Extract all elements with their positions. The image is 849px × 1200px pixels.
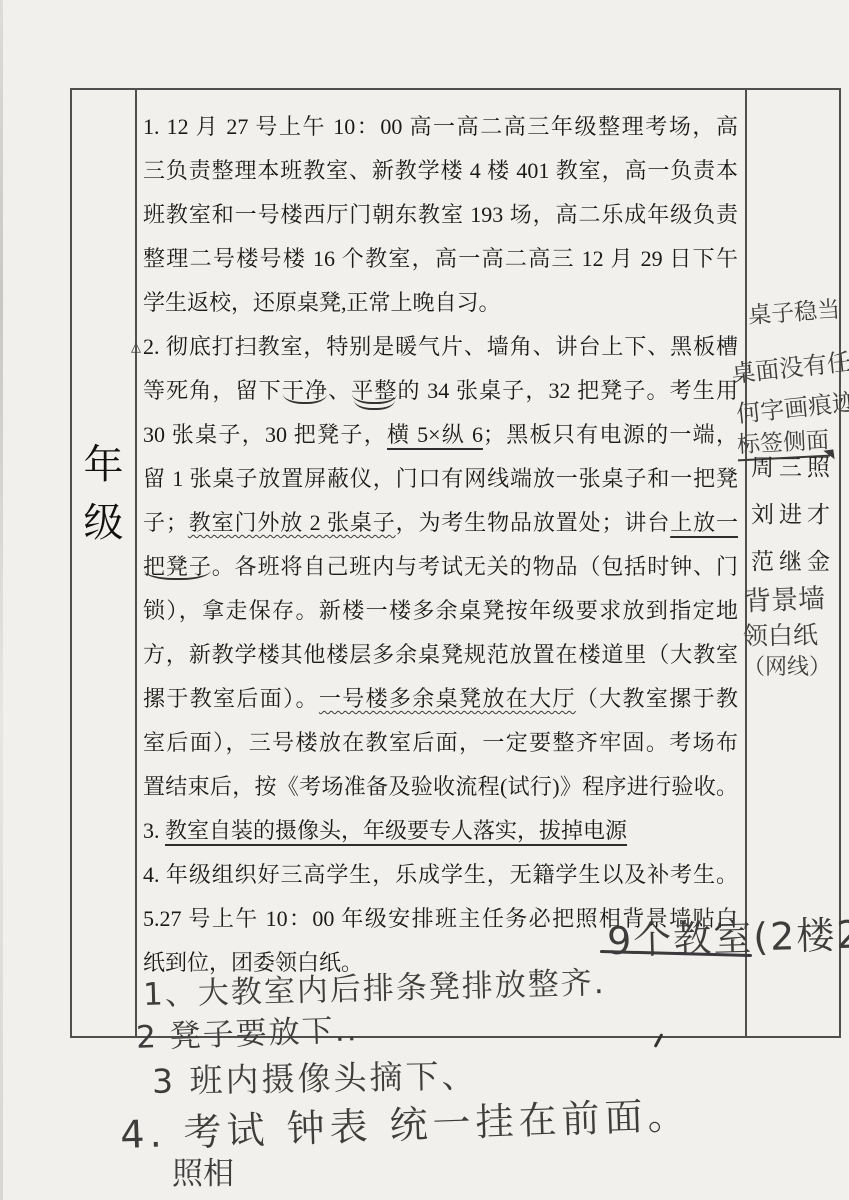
text-segment: 1. 12 月 27 号上午 10：00 高一高二高三年级整理考场，高 — [143, 114, 738, 139]
text-row: 30 张桌子，30 把凳子，横 5×纵 6；黑板只有电源的一端， — [143, 413, 738, 457]
underlined-phrase: 一号楼多余桌凳放在大厅 — [319, 686, 576, 711]
caret-mark: △ — [131, 340, 141, 355]
underlined-phrase: 把凳子 — [143, 554, 212, 579]
text-segment: 班教室和一号楼西厅门朝东教室 193 场，高二乐成年级负责 — [143, 202, 738, 227]
text-row: 把凳子。各班将自己班内与考试无关的物品（包括时钟、门 — [143, 545, 738, 589]
text-segment: ，为考生物品放置处；讲台 — [396, 510, 671, 535]
column-divider-left — [135, 90, 137, 1036]
text-segment: 。各班将自己班内与考试无关的物品（包括时钟、门 — [212, 554, 738, 579]
document-table: 年 级 1. 12 月 27 号上午 10：00 高一高二高三年级整理考场，高三… — [70, 88, 841, 1038]
column-divider-right — [745, 90, 747, 1036]
grade-row-label-char: 级 — [72, 491, 135, 548]
text-row: 整理二号楼号楼 16 个教室，高一高二高三 12 月 29 日下午 — [143, 237, 738, 281]
scanned-document-page: 年 级 1. 12 月 27 号上午 10：00 高一高二高三年级整理考场，高三… — [0, 0, 849, 1200]
text-segment: 30 张桌子，30 把凳子， — [143, 422, 387, 447]
text-segment: 4. 年级组织好三高学生，乐成学生，无籍学生以及补考生。 — [143, 862, 738, 887]
text-segment: 的 34 张桌子，32 把凳子。考生用 — [398, 378, 738, 403]
text-segment: 室后面），三号楼放在教室后面，一定要整齐牢固。考场布 — [143, 730, 738, 755]
text-segment: 摞于教室后面）。 — [143, 686, 319, 711]
name-entry: 刘进才 — [751, 496, 835, 529]
text-segment: 置结束后，按《考场准备及验收流程(试行)》程序进行验收。 — [143, 774, 738, 799]
grade-row-label-char: 年 — [72, 433, 135, 490]
scan-edge-artifact — [0, 0, 3, 1200]
side-note-line: 领白纸 — [743, 615, 819, 652]
bottom-note-line: 2 凳子要放下.. — [135, 1004, 359, 1057]
name-entry: 周三照 — [751, 449, 835, 482]
body-rows: 1. 12 月 27 号上午 10：00 高一高二高三年级整理考场，高三负责整理… — [143, 105, 738, 985]
text-row: 4. 年级组织好三高学生，乐成学生，无籍学生以及补考生。 — [143, 853, 738, 897]
text-row: 子；教室门外放 2 张桌子，为考生物品放置处；讲台上放一 — [143, 501, 738, 545]
underlined-phrase: 横 5×纵 6 — [387, 422, 483, 447]
text-segment: 方，新教学楼其他楼层多余桌凳规范放置在楼道里（大教室 — [143, 642, 738, 667]
text-row: 等死角，留下干净、平整的 34 张桌子，32 把凳子。考生用 — [143, 369, 738, 413]
text-segment: 整理二号楼号楼 16 个教室，高一高二高三 12 月 29 日下午 — [143, 246, 738, 271]
text-segment: 3. — [143, 818, 165, 843]
text-segment: 留 1 张桌子放置屏蔽仪，门口有网线端放一张桌子和一把凳 — [143, 466, 738, 491]
text-row: 室后面），三号楼放在教室后面，一定要整齐牢固。考场布 — [143, 721, 738, 765]
underlined-phrase: 上放一 — [670, 510, 738, 535]
text-segment: 锁），拿走保存。新楼一楼多余桌凳按年级要求放到指定地 — [143, 598, 738, 623]
text-row: 留 1 张桌子放置屏蔽仪，门口有网线端放一张桌子和一把凳 — [143, 457, 738, 501]
name-entry: 范继金 — [751, 543, 835, 576]
text-row: 摞于教室后面）。一号楼多余桌凳放在大厅（大教室摞于教 — [143, 677, 738, 721]
text-segment: 子； — [143, 510, 188, 535]
hand-arrow-mark — [823, 449, 834, 460]
underlined-phrase: 教室自装的摄像头，年级要专人落实，拔掉电源 — [165, 818, 627, 843]
text-segment: 等死角，留下 — [143, 378, 282, 403]
text-segment: 学生返校，还原桌凳,正常上晚自习。 — [143, 290, 501, 315]
underlined-phrase: 平整 — [351, 378, 397, 403]
text-segment: 、 — [328, 378, 351, 403]
underlined-phrase: 干净 — [282, 378, 328, 403]
classrooms-count-paren: (2楼2个) — [753, 911, 849, 959]
text-row: 方，新教学楼其他楼层多余桌凳规范放置在楼道里（大教室 — [143, 633, 738, 677]
text-row: 置结束后，按《考场准备及验收流程(试行)》程序进行验收。 — [143, 765, 738, 809]
text-row: 3. 教室自装的摄像头，年级要专人落实，拔掉电源 — [143, 809, 738, 853]
text-row: 1. 12 月 27 号上午 10：00 高一高二高三年级整理考场，高 — [143, 105, 738, 149]
text-segment: 三负责整理本班教室、新教学楼 4 楼 401 教室，高一负责本 — [143, 158, 738, 183]
side-note-desk-stable: 桌子稳当 — [747, 291, 841, 330]
bottom-note-line: 照相 — [172, 1148, 234, 1193]
text-segment: ；黑板只有电源的一端， — [483, 422, 738, 447]
text-segment: （大教室摞于教 — [576, 686, 738, 711]
side-note-line: （网线） — [743, 650, 831, 681]
text-row: 学生返校，还原桌凳,正常上晚自习。 — [143, 281, 738, 325]
text-row: 2. 彻底打扫教室，特别是暖气片、墙角、讲台上下、黑板槽 — [143, 325, 738, 369]
text-segment: 2. 彻底打扫教室，特别是暖气片、墙角、讲台上下、黑板槽 — [143, 334, 738, 359]
side-note-line: 背景墙 — [743, 577, 825, 619]
text-row: 锁），拿走保存。新楼一楼多余桌凳按年级要求放到指定地 — [143, 589, 738, 633]
text-row: 三负责整理本班教室、新教学楼 4 楼 401 教室，高一负责本 — [143, 149, 738, 193]
underlined-phrase: 教室门外放 2 张桌子 — [188, 510, 396, 535]
text-row: 班教室和一号楼西厅门朝东教室 193 场，高二乐成年级负责 — [143, 193, 738, 237]
